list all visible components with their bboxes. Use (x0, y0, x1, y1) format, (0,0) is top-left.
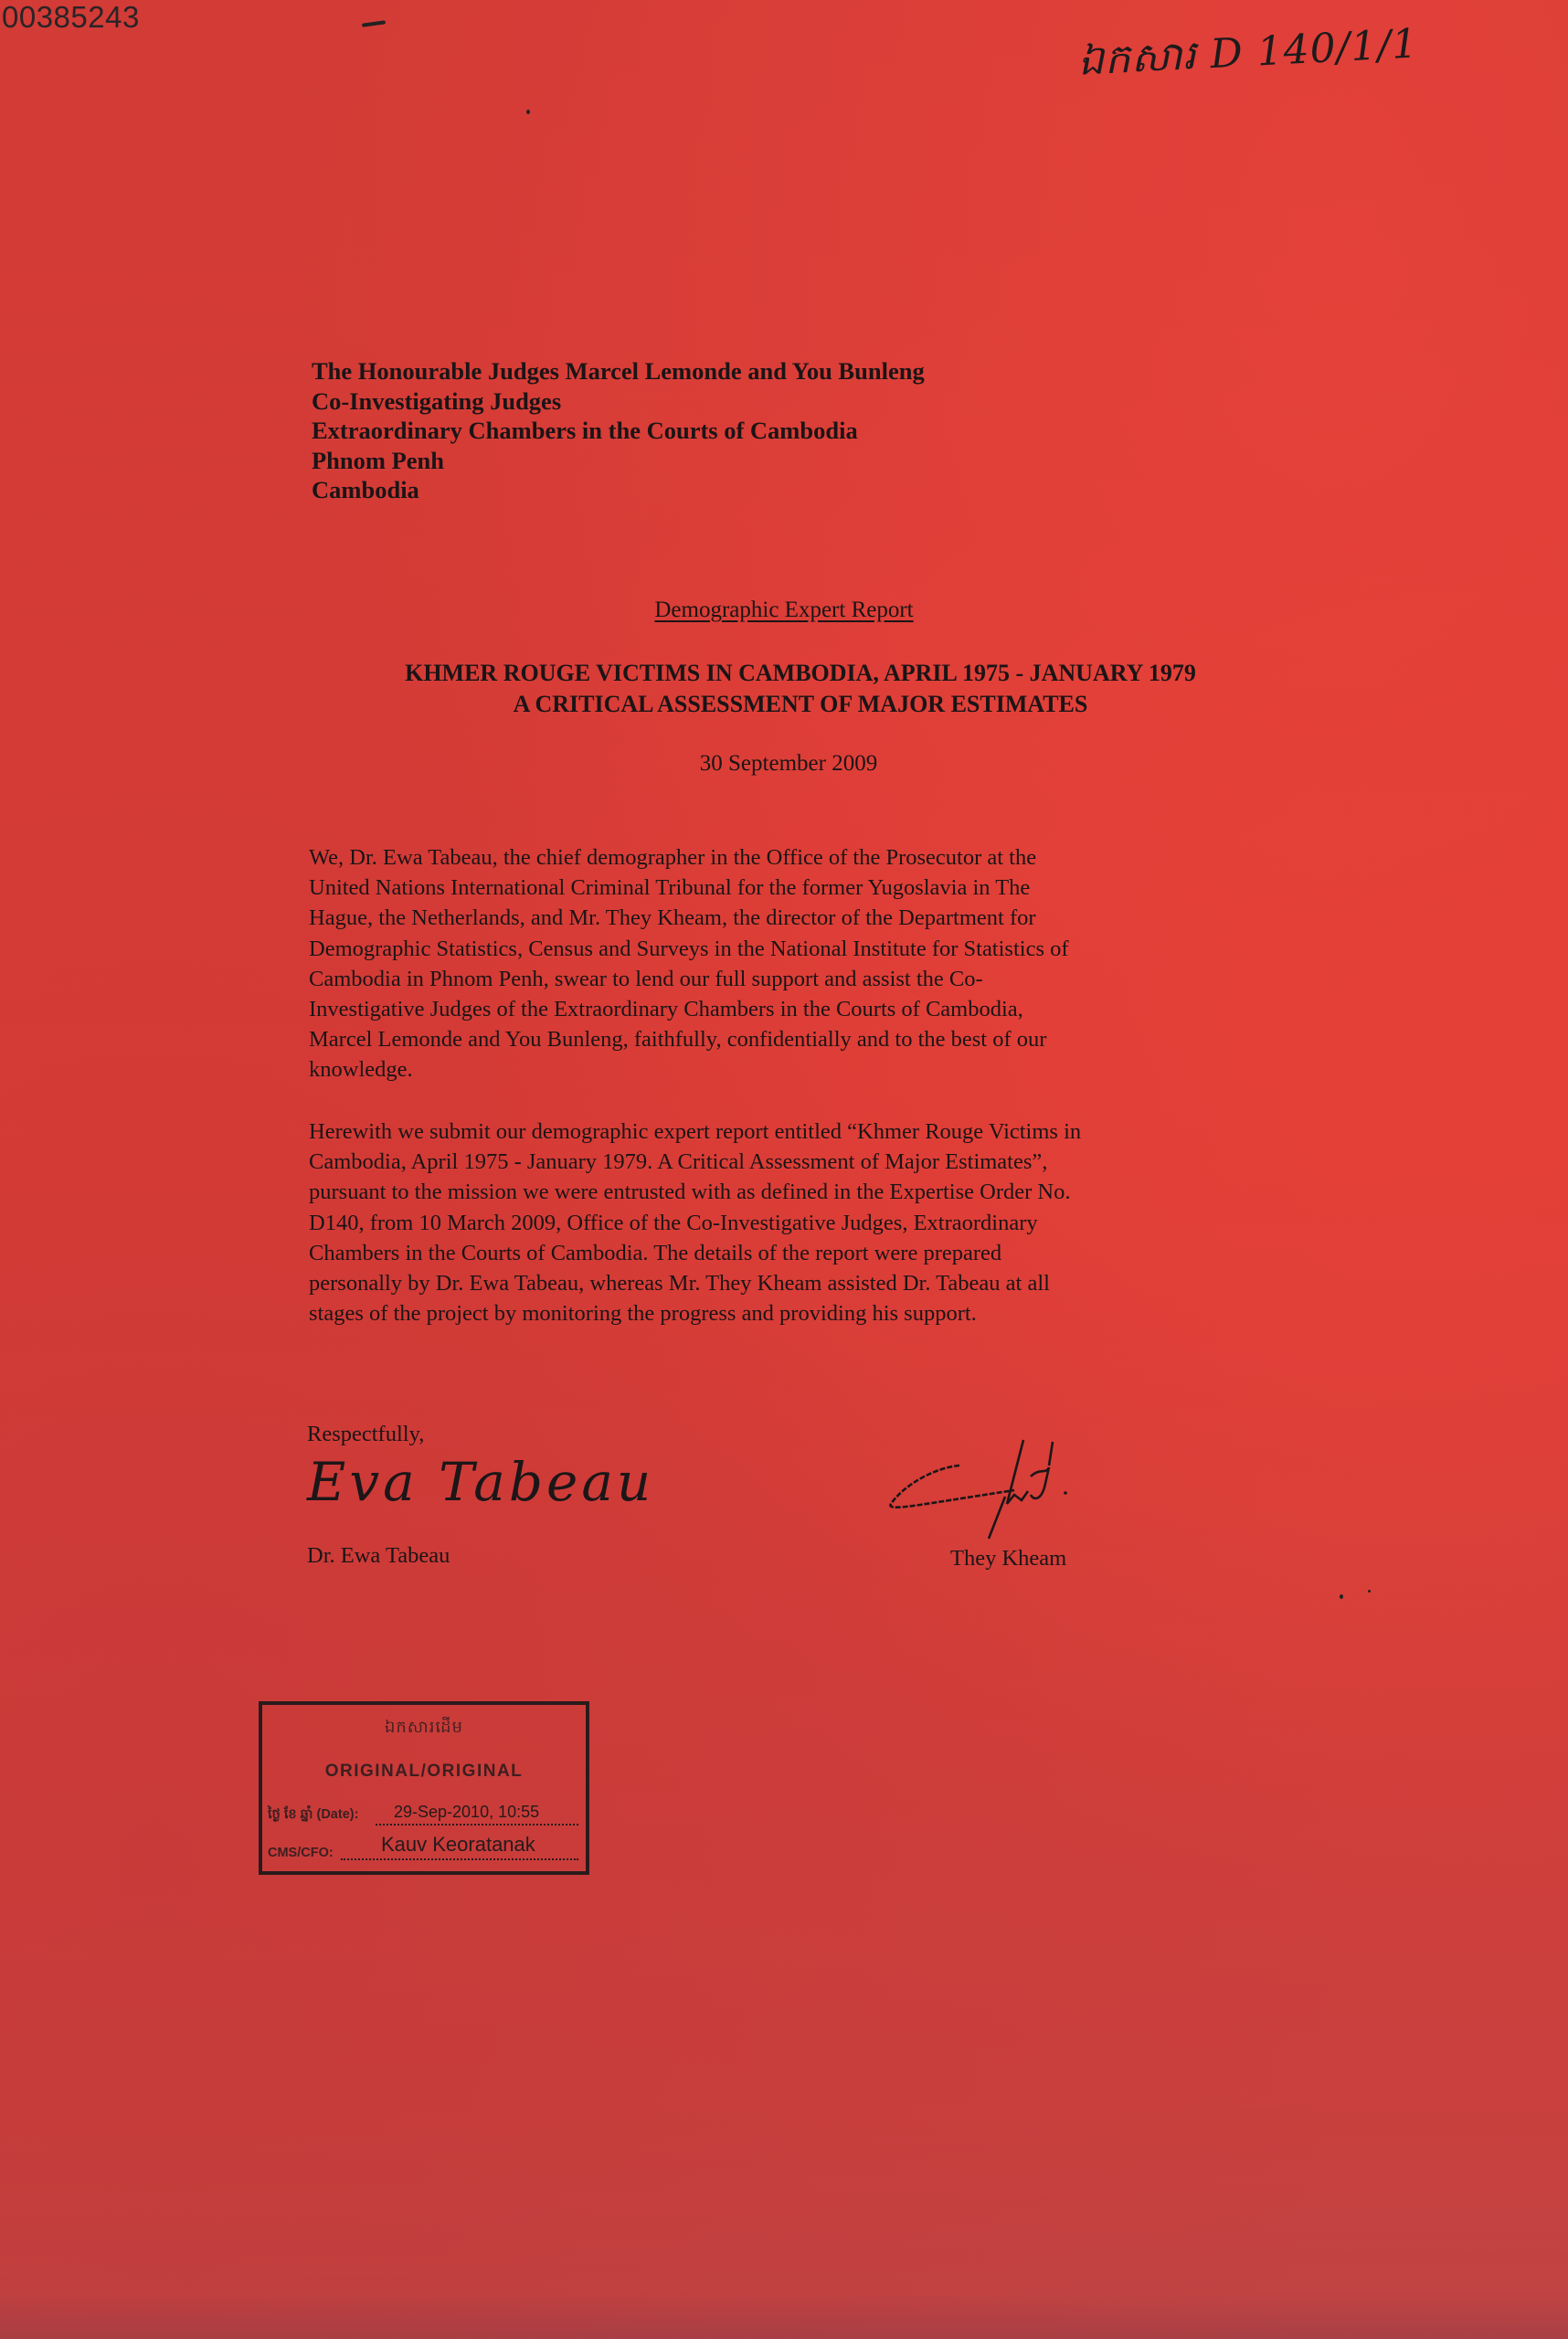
scan-edge-shadow (0, 2293, 1568, 2339)
paragraph-line: United Nations International Criminal Tr… (309, 873, 1069, 903)
addressee-line: Extraordinary Chambers in the Courts of … (312, 416, 925, 446)
stamp-date-row: ថ្ងៃ ខែ ឆ្នាំ (Date): 29-Sep-2010, 10:55 (268, 1800, 578, 1827)
paragraph-line: We, Dr. Ewa Tabeau, the chief demographe… (309, 842, 1069, 873)
paragraph-line: Investigative Judges of the Extraordinar… (309, 994, 1069, 1024)
body-paragraph-2: Herewith we submit our demographic exper… (309, 1117, 1081, 1328)
stamp-date-label: ថ្ងៃ ខែ ឆ្នាំ (Date): (268, 1806, 358, 1826)
closing-salutation: Respectfully, (307, 1422, 424, 1447)
paragraph-line: Cambodia, April 1975 - January 1979. A C… (309, 1147, 1081, 1177)
report-subtitle-text: Demographic Expert Report (654, 598, 913, 622)
signatory-kheam: They Kheam (950, 1546, 1066, 1572)
signature-kheam (886, 1431, 1142, 1550)
handwritten-reference: ឯកសារ D 140/1/1 (1077, 18, 1420, 94)
stamp-cfo-label: CMS/CFO: (268, 1846, 334, 1860)
stamp-cfo-row: CMS/CFO: Kauv Keoratanak (268, 1835, 578, 1862)
report-date: 30 September 2009 (0, 751, 1568, 777)
report-subtitle: Demographic Expert Report (0, 598, 1568, 623)
original-stamp: ឯកសារដើម ORIGINAL/ORIGINAL ថ្ងៃ ខែ ឆ្នាំ… (259, 1701, 589, 1875)
paragraph-line: knowledge. (309, 1054, 1069, 1085)
pen-mark (362, 20, 386, 27)
scan-speck (526, 110, 530, 114)
paragraph-line: Cambodia in Phnom Penh, swear to lend ou… (309, 964, 1069, 994)
dotted-line (376, 1824, 578, 1826)
paragraph-line: Demographic Statistics, Census and Surve… (309, 934, 1069, 964)
addressee-line: Phnom Penh (312, 446, 925, 476)
paragraph-line: Marcel Lemonde and You Bunleng, faithful… (309, 1024, 1069, 1054)
report-title-line: KHMER ROUGE VICTIMS IN CAMBODIA, APRIL 1… (33, 658, 1568, 689)
document-number: 00385243 (2, 0, 140, 35)
report-title-line: A CRITICAL ASSESSMENT OF MAJOR ESTIMATES (33, 689, 1568, 720)
paragraph-line: stages of the project by monitoring the … (309, 1298, 1081, 1328)
paragraph-line: Hague, the Netherlands, and Mr. They Khe… (309, 903, 1069, 933)
stamp-original-label: ORIGINAL/ORIGINAL (262, 1762, 586, 1782)
addressee-line: Co-Investigating Judges (312, 386, 925, 417)
stamp-date-value: 29-Sep-2010, 10:55 (394, 1803, 539, 1822)
addressee-line: Cambodia (312, 475, 925, 505)
paragraph-line: D140, from 10 March 2009, Office of the … (309, 1208, 1081, 1238)
scan-speck (1368, 1590, 1371, 1593)
dotted-line (341, 1858, 578, 1860)
addressee-line: The Honourable Judges Marcel Lemonde and… (312, 356, 925, 386)
paragraph-line: pursuant to the mission we were entruste… (309, 1177, 1081, 1207)
paragraph-line: Chambers in the Courts of Cambodia. The … (309, 1238, 1081, 1268)
addressee-block: The Honourable Judges Marcel Lemonde and… (312, 356, 925, 505)
signature-tabeau: Eva Tabeau (307, 1451, 654, 1513)
body-paragraph-1: We, Dr. Ewa Tabeau, the chief demographe… (309, 842, 1069, 1085)
paragraph-line: Herewith we submit our demographic exper… (309, 1117, 1081, 1147)
signatory-tabeau: Dr. Ewa Tabeau (307, 1543, 450, 1569)
scan-speck (1340, 1594, 1343, 1599)
report-title: KHMER ROUGE VICTIMS IN CAMBODIA, APRIL 1… (0, 658, 1568, 720)
stamp-khmer-heading: ឯកសារដើម (262, 1716, 586, 1741)
paragraph-line: personally by Dr. Ewa Tabeau, whereas Mr… (309, 1268, 1081, 1298)
stamp-cfo-value: Kauv Keoratanak (381, 1833, 535, 1857)
